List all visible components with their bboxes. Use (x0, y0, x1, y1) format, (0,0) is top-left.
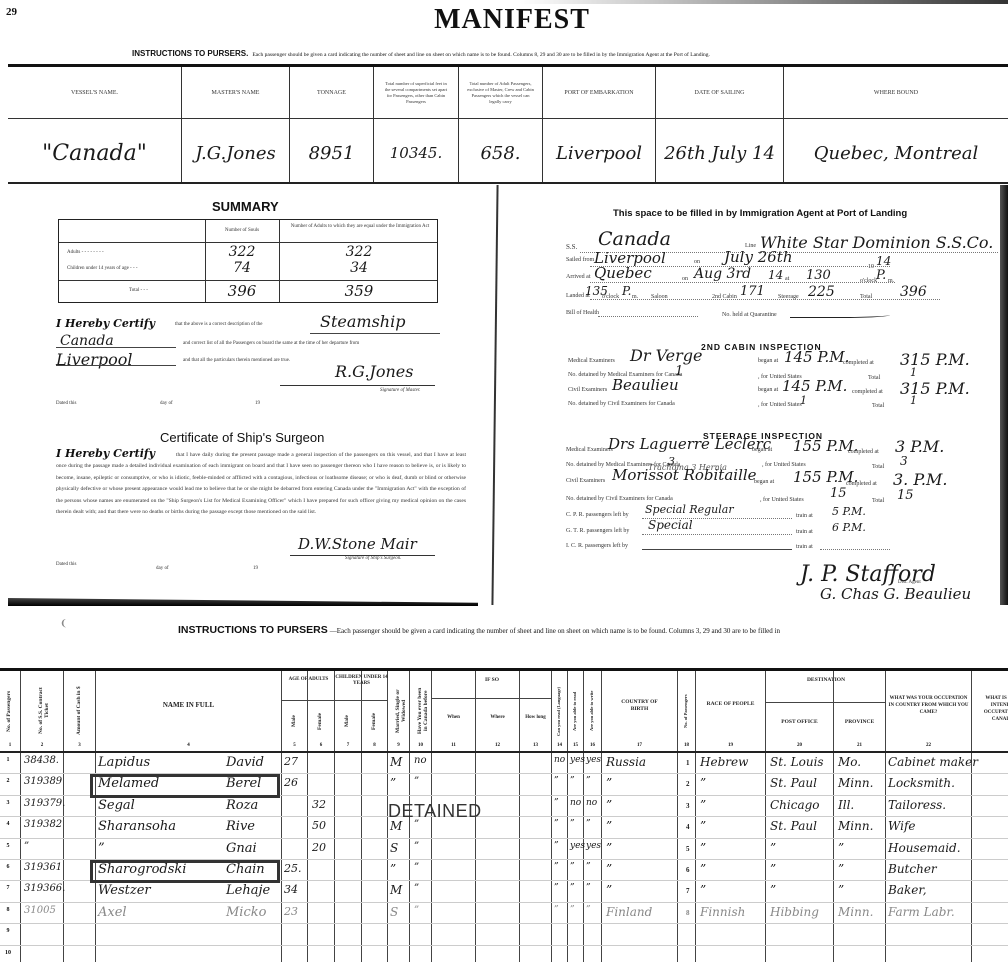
cell-ticket: ” (24, 841, 29, 852)
train-at-label: train at (796, 529, 813, 535)
medical-examiners-label: Medical Examiners (568, 358, 615, 364)
row-label-children: Children under 14 years of age - - - (67, 266, 138, 271)
cell-marital: S (390, 905, 398, 919)
col-header: Have You ever been in Canada before (417, 685, 429, 737)
superficial-feet-value: 10345. (374, 123, 458, 183)
detained-civil-label: No. detained by Civil Examiners for Cana… (566, 496, 673, 502)
second-cabin-value: 171 (740, 284, 765, 299)
gtr-label: G. T. R. passengers left by (566, 528, 629, 534)
cell-w: ” (586, 776, 591, 786)
master-name-value: J.G.Jones (182, 123, 289, 183)
cell-given: Lehaje (226, 883, 270, 898)
cell-age_m: 27 (284, 755, 298, 768)
steerage-civil-examiners: Morissot Robitaille (612, 466, 757, 484)
cell-age_m: 34 (284, 883, 298, 896)
medical-examiners-label: Medical Examiners (566, 447, 613, 453)
began-label: began at (758, 358, 778, 364)
row-number: 4 (2, 821, 14, 827)
cell-w: ” (586, 883, 591, 893)
cell-r2: yes (570, 841, 585, 851)
col-number: 19 (696, 743, 765, 748)
row-number: 10 (2, 950, 14, 956)
cell-prov: ” (838, 862, 844, 876)
cell-r2: ” (570, 862, 575, 872)
table-row: 4319382SharansohaRive50M”””””4”St. PaulM… (0, 817, 1008, 838)
table-row: 2319389MelamedBerel26””””””2”St. PaulMin… (0, 774, 1008, 795)
sailed-from-label: Sailed from (566, 257, 594, 263)
civil-examiners-value: Beaulieu (612, 376, 679, 394)
cell-read: ” (554, 798, 559, 808)
highlight-box (90, 860, 280, 883)
year-label: 19 (253, 566, 258, 571)
detained-civil-total: 1 (910, 394, 917, 407)
col-number: 16 (584, 743, 601, 748)
cell-occ: Baker, (888, 883, 927, 897)
vessel-table: VESSEL'S NAME. "Canada" MASTER'S NAME J.… (8, 64, 1008, 184)
col-header: How long (520, 715, 551, 720)
port-of-embarkation-col: PORT OF EMBARKATION Liverpool (543, 67, 656, 182)
year-label: 19 (255, 401, 260, 406)
master-name-col: MASTER'S NAME J.G.Jones (182, 67, 290, 182)
col-header: Total number of Adult Passengers, exclus… (459, 67, 542, 119)
cell-age_f: 50 (312, 819, 326, 832)
cell-race: ” (700, 776, 706, 790)
col-header: Married, Single or Widowed (395, 685, 407, 737)
col-header: DATE OF SAILING (656, 67, 783, 119)
cell-w: ” (586, 905, 591, 915)
instructions-to-pursers: INSTRUCTIONS TO PURSERS.Each passenger s… (132, 49, 710, 58)
cell-n18: 4 (686, 823, 690, 831)
gtr-time: 6 P.M. (832, 521, 866, 534)
cell-race: ” (700, 819, 706, 833)
civil-began: 145 P.M. (782, 377, 847, 395)
certify-text-1: that the above is a correct description … (175, 322, 262, 327)
cell-read: ” (554, 905, 559, 915)
steerage-civil-completed: 3. P.M. (893, 470, 947, 489)
col-number: 10 (410, 743, 431, 748)
cell-post: ” (770, 883, 776, 897)
surgeon-signature-caption: Signature of Ship's Surgeon. (345, 556, 402, 561)
ss-value: Canada (598, 228, 671, 250)
children-equal: 34 (279, 260, 439, 276)
row-number: 3 (2, 800, 14, 806)
cell-marital: ” (390, 862, 396, 876)
col-number: 20 (766, 743, 833, 748)
steerage-detained-medical-total: 3 (900, 454, 908, 468)
cell-race: ” (700, 883, 706, 897)
row-number: 8 (2, 907, 14, 913)
cell-country: ” (606, 819, 612, 833)
col-number: 4 (96, 743, 281, 748)
cell-surname: Axel (98, 905, 127, 920)
tonnage-value: 8951 (290, 123, 373, 183)
cell-country: ” (606, 776, 612, 790)
oclock-label: o'clock (860, 278, 877, 284)
col-header: Male (291, 709, 297, 734)
col-number: 22 (886, 743, 971, 748)
row-label-total: Total - - - (129, 288, 148, 293)
cell-occ: Wife (888, 819, 916, 833)
steerage-value: 225 (808, 284, 835, 300)
cell-country: Russia (606, 755, 646, 769)
scan-edge-shadow (1000, 185, 1008, 605)
children-souls: 74 (205, 260, 279, 276)
col-souls-header: Number of Souls (205, 228, 279, 233)
cell-n18: 3 (686, 802, 690, 810)
cell-ticket: 319361 (24, 862, 62, 873)
sailed-year-prefix: 19 (868, 264, 874, 270)
cell-r2: ” (570, 776, 575, 786)
col-number: 5 (282, 743, 307, 748)
adult-capacity-value: 658. (459, 123, 542, 183)
arrived-time: 130 (806, 268, 831, 283)
cell-occ: Cabinet maker (888, 755, 978, 769)
row-number: 2 (2, 778, 14, 784)
age-group-header: AGE OF ADULTS (282, 673, 335, 701)
on-label: on (694, 259, 700, 265)
cell-read: no (554, 755, 565, 765)
surgeon-certificate-title: Certificate of Ship's Surgeon (160, 430, 324, 445)
completed-label: completed at (843, 360, 874, 366)
detained-medical-total: 1 (910, 366, 917, 379)
cell-marital: ” (390, 776, 396, 790)
cell-post: Chicago (770, 798, 820, 812)
for-us-label: , for United States (758, 402, 802, 408)
civil-examiners-label: Civil Examiners (566, 478, 605, 484)
cpr-time: 5 P.M. (832, 505, 866, 518)
cell-n18: 1 (686, 759, 690, 767)
train-at-label: train at (796, 544, 813, 550)
cell-surname: ” (98, 841, 105, 856)
train-at-label: train at (796, 513, 813, 519)
cell-canada: ” (414, 776, 419, 787)
cell-ticket: 319366. (24, 883, 65, 894)
cell-read: ” (554, 862, 559, 872)
cell-w: ” (586, 819, 591, 829)
cell-occ: Butcher (888, 862, 937, 876)
medical-examiners-value: Dr Verge (630, 346, 702, 365)
day-of-label: day of (156, 566, 169, 571)
col-number: 3 (64, 743, 95, 748)
cell-country: Finland (606, 905, 652, 919)
col-number: 21 (834, 743, 885, 748)
col-number: 7 (335, 743, 361, 748)
total-label: Total (872, 403, 884, 409)
civil-examiners-label: Civil Examiners (568, 387, 607, 393)
col-header: Where (476, 715, 519, 720)
arrived-ampm: P. (876, 268, 886, 283)
cell-read: ” (554, 841, 559, 851)
cell-age_m: 23 (284, 905, 298, 918)
certify-text-3: and that all the particulars therein men… (183, 358, 290, 363)
cell-age_m: 26 (284, 776, 298, 789)
col-header: PORT OF EMBARKATION (543, 67, 655, 119)
page-divider (491, 185, 498, 605)
col-number: 12 (476, 743, 519, 748)
instructions-text: —Each passenger should be given a card i… (330, 627, 780, 635)
cell-n18: 6 (686, 866, 690, 874)
col-number: 2 (21, 743, 63, 748)
for-us-label: , for United States (760, 497, 804, 503)
line-value: White Star Dominion S.S.Co. (760, 233, 993, 252)
cell-r2: ” (570, 819, 575, 829)
page-title: MANIFEST (0, 4, 1008, 36)
detained-civil-label: No. detained by Civil Examiners for Cana… (568, 401, 675, 407)
cell-prov: ” (838, 883, 844, 897)
highlight-box (90, 774, 280, 797)
cell-prov: Minn. (838, 905, 873, 919)
steerage-detained-civil-us: 15 (830, 486, 847, 501)
began-label: began at (754, 479, 774, 485)
total-equal: 359 (279, 282, 439, 300)
scan-edge-shadow (8, 598, 478, 606)
cell-marital: M (390, 883, 402, 897)
col-header: Female (371, 709, 377, 734)
col-number: 18 (678, 743, 695, 748)
certify-text-2: and correct list of all the Passengers o… (183, 341, 359, 346)
col-number: 15 (568, 743, 583, 748)
cell-n18: 2 (686, 780, 690, 788)
cell-age_f: 20 (312, 841, 326, 854)
medical-began: 145 P.M. (784, 348, 849, 366)
col-adults-equal-header: Number of Adults to which they are equal… (285, 224, 435, 229)
vessel-name-value: "Canada" (8, 123, 181, 183)
cell-read: ” (554, 883, 559, 893)
sailed-date: July 26th (724, 248, 793, 266)
detained-civil-us: 1 (800, 394, 807, 407)
cell-ticket: 319379. (24, 798, 65, 809)
cell-canada: ” (414, 883, 419, 894)
cell-n18: 5 (686, 845, 690, 853)
table-row: 10 (0, 946, 1008, 962)
col-header: POST OFFICE (766, 719, 833, 725)
col-header: COUNTRY OF BIRTH (612, 699, 667, 713)
cell-post: Hibbing (770, 905, 819, 919)
total-label: Total (872, 464, 884, 470)
col-header: Can you read (Language) (556, 685, 561, 737)
cell-race: ” (700, 798, 706, 812)
surgeon-certificate-body: that I have daily during the present pas… (56, 450, 466, 518)
col-header: Total number of superficial feet in the … (374, 67, 458, 119)
table-row: 9 (0, 924, 1008, 945)
col-header: WHAT WAS YOUR OCCUPATION IN COUNTRY FROM… (888, 695, 969, 716)
cell-canada: ” (414, 862, 419, 873)
col-header: MASTER'S NAME (182, 67, 289, 119)
cell-prov: Mo. (838, 755, 861, 769)
col-header: RACE OF PEOPLE (706, 701, 755, 708)
col-number: 17 (602, 743, 677, 748)
date-of-sailing-value: 26th July 14 (656, 123, 783, 183)
cell-post: St. Paul (770, 819, 817, 833)
steerage-medical-examiners: Drs Laguerre Leclerc (608, 435, 771, 453)
cell-w: no (586, 798, 597, 808)
cell-given: Rive (226, 819, 255, 834)
superficial-feet-col: Total number of superficial feet in the … (374, 67, 459, 182)
certify-heading: I Hereby Certify (56, 317, 155, 330)
cell-country: ” (606, 841, 612, 855)
col-number: 11 (432, 743, 475, 748)
cell-ticket: 31005 (24, 905, 56, 916)
summary-title: SUMMARY (212, 199, 279, 214)
instructions-heading: INSTRUCTIONS TO PURSERS. (132, 49, 248, 58)
cell-canada: no (414, 755, 426, 766)
col-header: WHAT IS YOUR INTENDED OCCUPATION IN CANA… (974, 695, 1008, 723)
date-of-sailing-col: DATE OF SAILING 26th July 14 (656, 67, 784, 182)
arrived-label: Arrived at (566, 274, 591, 280)
steerage-detained-civil-total: 15 (897, 488, 914, 503)
col-header: Female (317, 709, 323, 734)
col-header: No. of S.S. Contract Ticket (38, 685, 50, 737)
dated-label: Dated this (56, 401, 76, 406)
col-header: TONNAGE (290, 67, 373, 119)
cell-given: Micko (226, 905, 266, 920)
master-signature: R.G.Jones (335, 362, 413, 381)
cell-r2: yes (570, 755, 585, 765)
cell-given: David (226, 755, 264, 770)
col-header: Are you able to read (572, 685, 577, 737)
col-header: Amount of Cash in $ (76, 685, 82, 737)
cell-ticket: 319382 (24, 819, 62, 830)
table-row: 5””Gnai20S””yesyes”5”””Housemaid. (0, 839, 1008, 860)
bill-of-health-label: Bill of Health (566, 310, 599, 316)
summary-table: Number of Souls Number of Adults to whic… (58, 219, 438, 303)
passenger-table: No. of Passengers 1 No. of S.S. Contract… (0, 668, 1008, 962)
col-header: PROVINCE (834, 719, 885, 725)
cell-age_f: 32 (312, 798, 326, 811)
cert-port: Liverpool (56, 350, 133, 369)
adults-equal: 322 (279, 244, 439, 260)
completed-label: completed at (848, 449, 879, 455)
cell-occ: Housemaid. (888, 841, 961, 855)
arrived-value: Quebec (594, 264, 652, 282)
quarantine-label: No. held at Quarantine (722, 312, 777, 318)
cell-r2: ” (570, 883, 575, 893)
total-label: Total (872, 498, 884, 504)
detained-stamp: DETAINED (388, 801, 482, 822)
ss-label: S.S. (566, 243, 577, 251)
cell-w: yes (586, 755, 601, 765)
completed-label: completed at (852, 389, 883, 395)
col-header: No. of Passengers (683, 685, 688, 737)
cell-n18: 7 (686, 887, 690, 895)
tonnage-col: TONNAGE 8951 (290, 67, 374, 182)
cell-country: ” (606, 883, 612, 897)
cell-ticket: 319389 (24, 776, 62, 787)
cell-prov: Minn. (838, 776, 873, 790)
col-number: 6 (308, 743, 334, 748)
cell-marital: S (390, 841, 398, 855)
began-label: began at (758, 387, 778, 393)
m-label: m. (888, 278, 894, 284)
cell-canada: ” (414, 841, 419, 852)
table-row: 7319366.WestzerLehaje34M”””””7”””Baker, (0, 881, 1008, 902)
surgeon-signature: D.W.Stone Mair (298, 535, 417, 553)
completed-label: completed at (846, 481, 877, 487)
cell-r2: ” (570, 905, 575, 915)
agent-signature-2: G. Chas G. Beaulieu (820, 585, 971, 603)
cell-r2: no (570, 798, 581, 808)
col-number: 9 (388, 743, 409, 748)
table-row: 138438.LapidusDavid27MnonoyesyesRussia1H… (0, 753, 1008, 774)
table-row: 3319379.SegalRoza32”nono”3”ChicagoIll.Ta… (0, 796, 1008, 817)
arrived-on: Aug 3rd (694, 266, 751, 282)
col-header: Male (344, 709, 350, 734)
where-bound-col: WHERE BOUND Quebec, Montreal (784, 67, 1008, 182)
landed-ampm: P. (622, 284, 631, 298)
col-header: When (432, 715, 475, 720)
cell-given: Gnai (226, 841, 257, 856)
cell-age_m: 25. (284, 862, 302, 875)
gtr-value: Special (648, 518, 693, 532)
vessel-name-col: VESSEL'S NAME. "Canada" (8, 67, 182, 182)
cell-read: ” (554, 776, 559, 786)
col-header: Are you able to write (589, 685, 594, 737)
began-label: began at (752, 447, 772, 453)
col-number: 8 (362, 743, 387, 748)
cell-post: ” (770, 841, 776, 855)
master-signature-caption: Signature of Master. (380, 388, 421, 393)
instructions-to-pursers-bottom: INSTRUCTIONS TO PURSERS—Each passenger s… (178, 624, 780, 636)
cell-prov: ” (838, 841, 844, 855)
cell-w: ” (586, 862, 591, 872)
col-header: NAME IN FULL (96, 701, 281, 709)
port-value: Liverpool (543, 123, 655, 183)
cell-canada: ” (414, 905, 419, 916)
cell-race: ” (700, 862, 706, 876)
col-number: 14 (552, 743, 567, 748)
cell-prov: Minn. (838, 819, 873, 833)
row-number: 7 (2, 885, 14, 891)
cell-w: yes (586, 841, 601, 851)
arrived-year: 14 (768, 268, 783, 282)
cell-post: St. Louis (770, 755, 824, 769)
cell-country: ” (606, 798, 612, 812)
row-number: 9 (2, 928, 14, 934)
cpr-label: C. P. R. passengers left by (566, 512, 629, 518)
cell-country: ” (606, 862, 612, 876)
cell-occ: Tailoress. (888, 798, 946, 812)
col-header: VESSEL'S NAME. (8, 67, 181, 119)
cell-occ: Farm Labr. (888, 905, 955, 919)
cell-n18: 8 (686, 909, 690, 917)
instructions-text: Each passenger should be given a card in… (252, 52, 710, 58)
cell-occ: Locksmith. (888, 776, 955, 790)
adults-souls: 322 (205, 244, 279, 260)
cell-prov: Ill. (838, 798, 854, 812)
cell-read: ” (554, 819, 559, 829)
col-number: 13 (520, 743, 551, 748)
col-header: No. of Passengers (6, 685, 12, 737)
instructions-heading: INSTRUCTIONS TO PURSERS (178, 624, 328, 636)
where-bound-value: Quebec, Montreal (784, 123, 1008, 183)
table-row: 6319361SharogrodskiChain25.””””””6”””But… (0, 860, 1008, 881)
cell-surname: Segal (98, 798, 135, 813)
cell-given: Roza (226, 798, 258, 813)
day-of-label: day of (160, 401, 173, 406)
vessel-type-value: Steamship (320, 312, 405, 331)
row-label-adults: Adults - - - - - - - - (67, 250, 104, 255)
total-souls: 396 (205, 282, 279, 300)
cell-surname: Lapidus (98, 755, 150, 770)
row-number: 6 (2, 864, 14, 870)
total-label: Total (868, 375, 880, 381)
cell-race: Hebrew (700, 755, 748, 769)
total-value: 396 (900, 284, 927, 300)
children-group-header: CHILDREN UNDER 14 YEARS (335, 673, 388, 701)
row-number: 1 (2, 757, 14, 763)
cell-post: ” (770, 862, 776, 876)
row-number: 5 (2, 843, 14, 849)
